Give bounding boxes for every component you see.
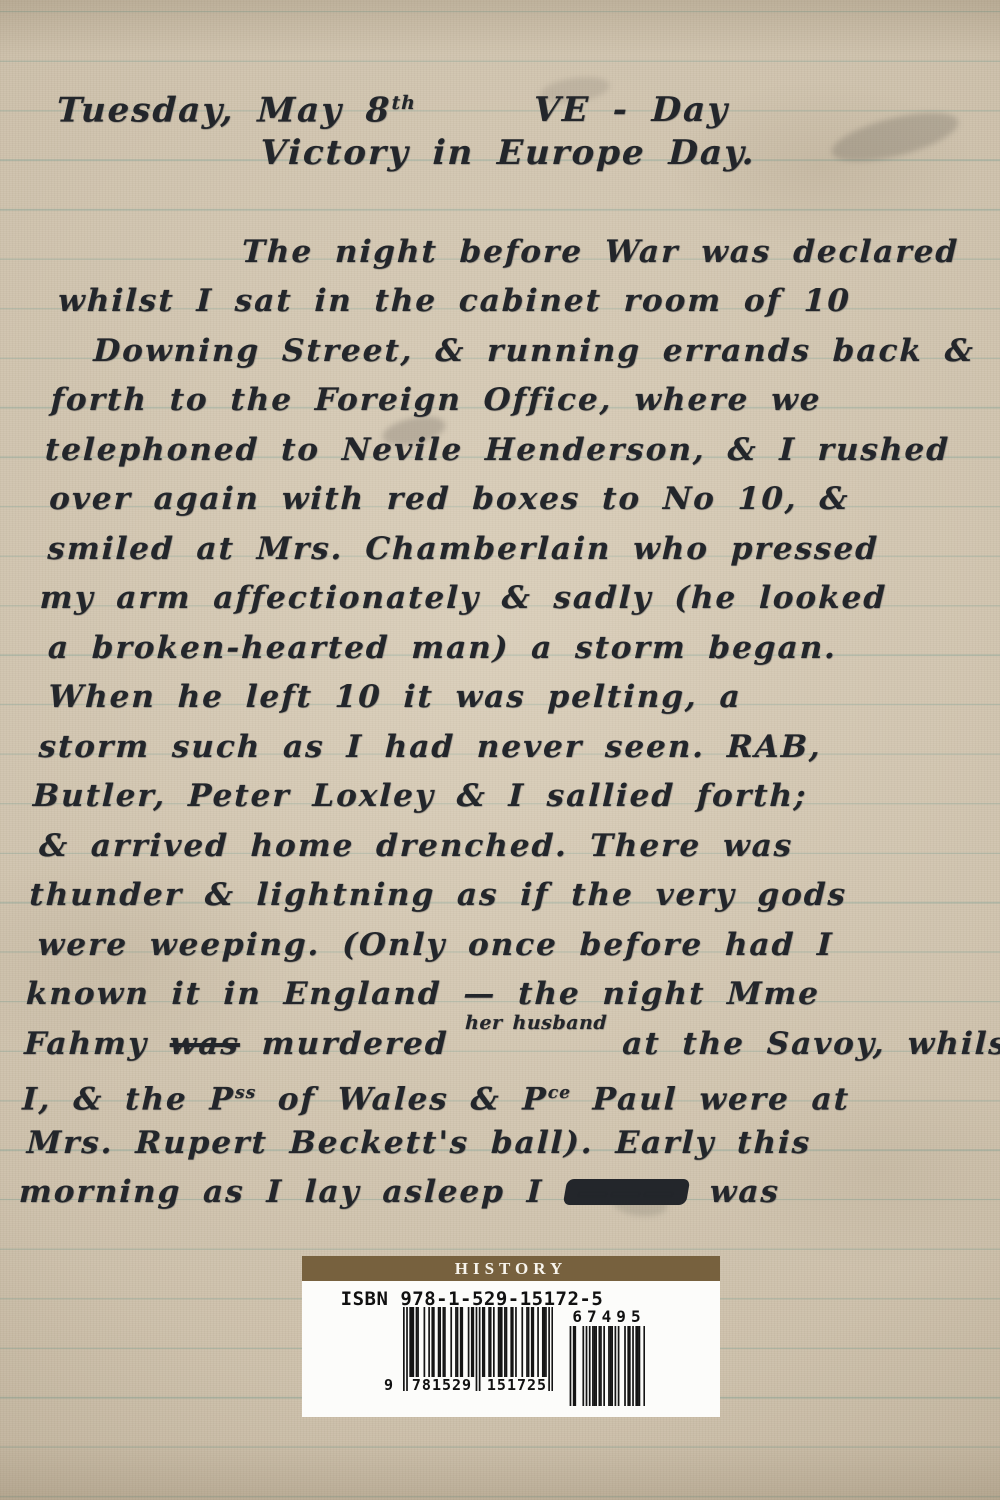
diary-line: morning as I lay asleep I ——— was xyxy=(18,1168,966,1218)
diary-line: Fahmy was murdered her husband at the Sa… xyxy=(23,1020,971,1070)
diary-segment: forth to the Foreign Office, where we xyxy=(50,382,822,418)
diary-line: forth to the Foreign Office, where we xyxy=(46,376,994,426)
diary-segment: telephoned to Nevile Henderson, & I rush… xyxy=(44,432,950,468)
diary-line: Butler, Peter Loxley & I sallied forth; xyxy=(32,772,980,822)
diary-line: storm such as I had never seen. RAB, xyxy=(34,723,982,773)
ean13-digit-lead: 9 xyxy=(384,1376,393,1394)
diary-segment: Victory in Europe Day. xyxy=(260,133,757,173)
diary-segment: thunder & lightning as if the very gods xyxy=(29,877,848,913)
diary-segment: my arm affectionately & sadly (he looked xyxy=(39,580,888,616)
diary-segment: was xyxy=(687,1174,780,1210)
diary-segment: Paul were at xyxy=(570,1081,850,1117)
diary-segment: over again with red boxes to No 10, & xyxy=(49,481,851,517)
diary-segment: known it in England — the night Mme xyxy=(25,976,820,1012)
diary-segment-sup: ce xyxy=(548,1083,572,1103)
diary-segment: Downing Street, & running errands back & xyxy=(93,333,976,369)
diary-line: Victory in Europe Day. xyxy=(54,129,1000,179)
diary-segment: When he left 10 it was pelting, a xyxy=(48,679,743,715)
diary-segment: smiled at Mrs. Chamberlain who pressed xyxy=(47,531,880,567)
diary-segment: Fahmy xyxy=(24,1026,171,1062)
diary-line: telephoned to Nevile Henderson, & I rush… xyxy=(44,426,992,476)
diary-segment: a broken-hearted man) a storm began. xyxy=(47,630,837,666)
diary-line: a broken-hearted man) a storm began. xyxy=(37,624,985,674)
diary-segment-after-gap: VE - Day xyxy=(533,90,730,130)
diary-segment: of Wales & P xyxy=(255,1081,548,1117)
diary-segment-strike: was xyxy=(169,1026,240,1062)
diary-line xyxy=(53,178,1000,228)
diary-line: The night before War was declared xyxy=(51,228,999,278)
diary-handwriting: Tuesday, May 8thVE - DayVictory in Europ… xyxy=(18,79,1000,1218)
diary-segment: Butler, Peter Loxley & I sallied forth; xyxy=(32,778,808,814)
diary-segment: storm such as I had never seen. RAB, xyxy=(38,729,823,765)
diary-segment: at the Savoy, whilst xyxy=(600,1026,1000,1062)
diary-line: whilst I sat in the cabinet room of 10 xyxy=(49,277,997,327)
barcode-panel: ISBN 978-1-529-15172-5 9 781529 151725 6… xyxy=(302,1281,720,1417)
diary-line: were weeping. (Only once before had I xyxy=(27,921,975,971)
diary-line: my arm affectionately & sadly (he looked xyxy=(39,574,987,624)
diary-segment: Tuesday, May 8 xyxy=(56,90,392,130)
diary-segment: morning as I lay asleep I xyxy=(18,1174,565,1210)
diary-segment: were weeping. (Only once before had I xyxy=(37,927,834,963)
diary-segment-scribble: ——— xyxy=(563,1179,691,1205)
diary-line: over again with red boxes to No 10, & xyxy=(42,475,990,525)
diary-line: I, & the Pss of Wales & Pce Paul were at xyxy=(22,1069,970,1119)
category-label: HISTORY xyxy=(455,1259,568,1279)
diary-segment-sup: ss xyxy=(235,1083,257,1103)
diary-line: Mrs. Rupert Beckett's ball). Early this xyxy=(20,1119,968,1169)
diary-segment-sup: th xyxy=(391,92,416,114)
ean13-digit-group1: 781529 xyxy=(409,1376,475,1394)
diary-segment: whilst I sat in the cabinet room of 10 xyxy=(57,283,851,319)
diary-line: smiled at Mrs. Chamberlain who pressed xyxy=(41,525,989,575)
diary-line: thunder & lightning as if the very gods xyxy=(28,871,976,921)
diary-segment: The night before War was declared xyxy=(241,234,960,270)
diary-segment: murdered xyxy=(239,1026,471,1062)
ean5-barcode xyxy=(568,1326,645,1406)
diary-line: Downing Street, & running errands back & xyxy=(48,327,996,377)
ean13-digit-group2: 151725 xyxy=(484,1376,550,1394)
ean5-digits: 67495 xyxy=(566,1307,652,1326)
diary-segment: & arrived home drenched. There was xyxy=(38,828,793,864)
category-band: HISTORY xyxy=(302,1256,720,1281)
diary-segment-insert: her husband xyxy=(465,1012,608,1034)
diary-line: Tuesday, May 8thVE - Day xyxy=(56,79,1000,129)
diary-line: When he left 10 it was pelting, a xyxy=(35,673,983,723)
diary-segment: I, & the P xyxy=(22,1081,236,1117)
diary-segment: Mrs. Rupert Beckett's ball). Early this xyxy=(26,1125,812,1161)
diary-line: & arrived home drenched. There was xyxy=(30,822,978,872)
